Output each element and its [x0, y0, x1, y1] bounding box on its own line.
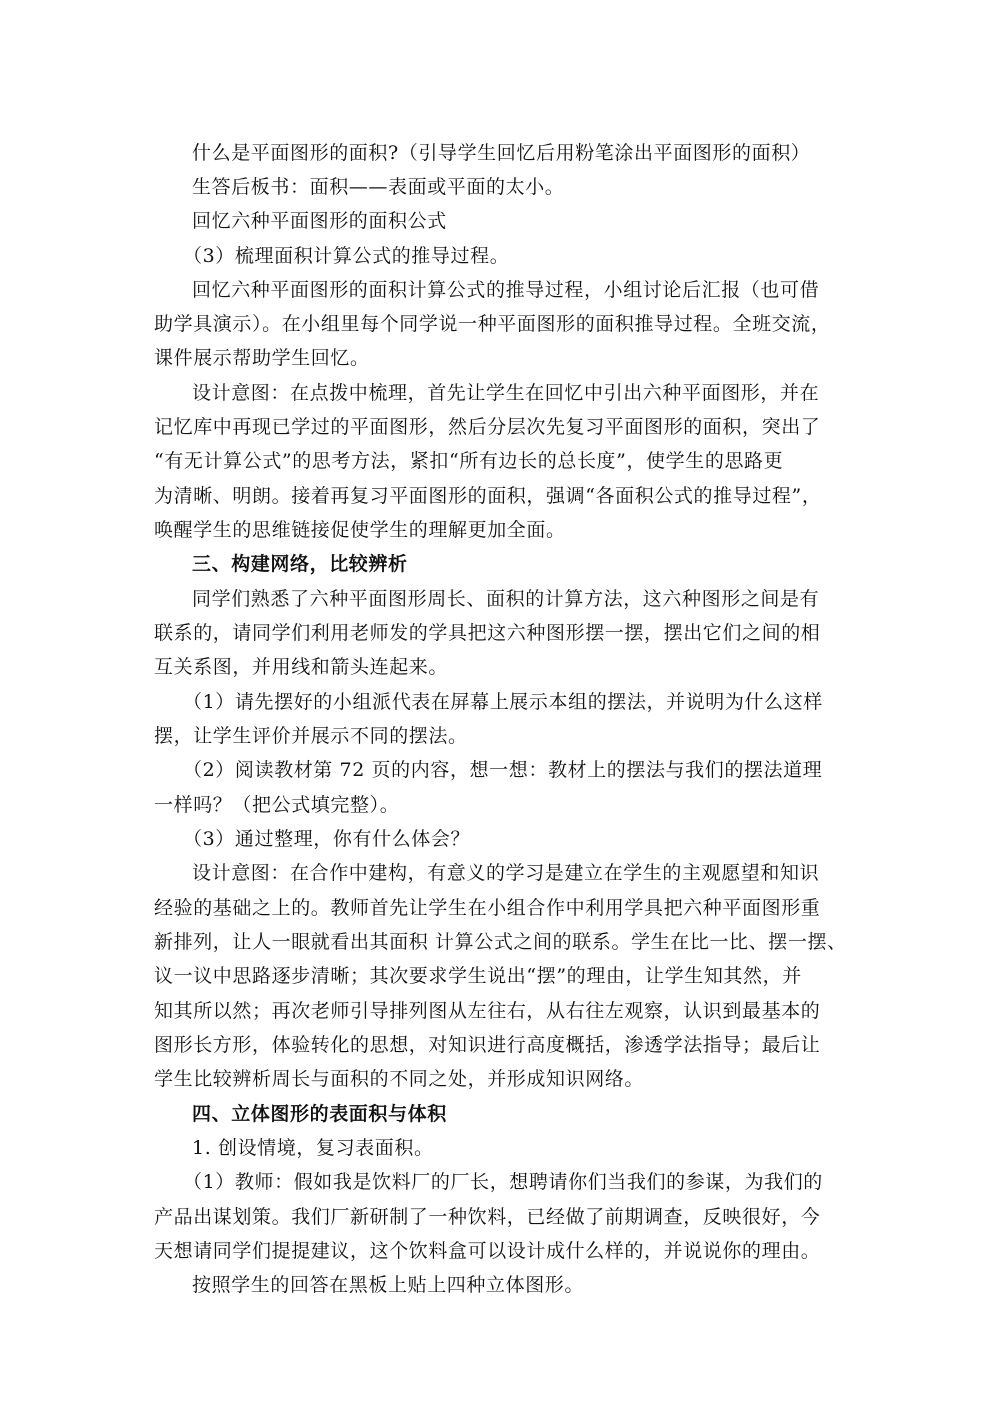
text-line: 同学们熟悉了六种平面图形周长、面积的计算方法，这六种图形之间是有 [192, 584, 819, 614]
text-line: 联系的，请同学们利用老师发的学具把这六种图形摆一摆，摆出它们之间的相 [154, 618, 820, 648]
text-line: 一样吗？（把公式填完整）。 [154, 790, 399, 820]
text-line: 设计意图：在合作中建构，有意义的学习是建立在学生的主观愿望和知识 [192, 858, 819, 888]
text-line: 议一议中思路逐步清晰；其次要求学生说出“摆”的理由，让学生知其然，并 [154, 961, 802, 991]
text-line: 课件展示帮助学生回忆。 [154, 343, 370, 373]
section-heading: 三、构建网络，比较辨析 [192, 549, 408, 579]
text-line: 助学具演示）。在小组里每个同学说一种平面图形的面积推导过程。全班交流， [154, 309, 831, 339]
text-line: 经验的基础之上的。教师首先让学生在小组合作中利用学具把六种平面图形重 [154, 893, 820, 923]
document-page: 什么是平面图形的面积?（引导学生回忆后用粉笔涂出平面图形的面积）生答后板书：面积… [0, 0, 1000, 1415]
text-line: “有无计算公式”的思考方法，紧扣“所有边长的总长度”，使学生的思路更 [154, 446, 783, 476]
text-line: （3）梳理面积计算公式的推导过程。 [183, 241, 509, 271]
text-line: 摆，让学生评价并展示不同的摆法。 [154, 721, 468, 751]
section-heading: 四、立体图形的表面积与体积 [192, 1099, 447, 1129]
text-line: 知其所以然；再次老师引导排列图从左往右，从右往左观察，认识到最基本的 [154, 996, 820, 1026]
text-line: 学生比较辨析周长与面积的不同之处，并形成知识网络。 [154, 1064, 644, 1094]
text-line: （1）请先摆好的小组派代表在屏幕上展示本组的摆法，并说明为什么这样 [183, 687, 823, 717]
text-line: 为清晰、明朗。接着再复习平面图形的面积，强调“各面积公式的推导过程”， [154, 481, 821, 511]
text-line: 新排列，让人一眼就看出其面积 计算公式之间的联系。学生在比一比、摆一摆、 [154, 927, 847, 957]
text-line: 生答后板书：面积——表面或平面的太小。 [192, 172, 564, 202]
text-line: 回忆六种平面图形的面积计算公式的推导过程，小组讨论后汇报（也可借 [192, 275, 819, 305]
text-line: （2）阅读教材第 72 页的内容，想一想：教材上的摆法与我们的摆法道理 [183, 755, 822, 785]
text-line: （3）通过整理，你有什么体会？ [183, 824, 470, 854]
text-line: 唤醒学生的思维链接促使学生的理解更加全面。 [154, 515, 566, 545]
text-line: 互关系图，并用线和箭头连起来。 [154, 652, 448, 682]
text-line: 天想请同学们提提建议，这个饮料盒可以设计成什么样的，并说说你的理由。 [154, 1236, 820, 1266]
text-line: （1）教师：假如我是饮料厂的厂长，想聘请你们当我们的参谋，为我们的 [183, 1167, 823, 1197]
text-line: 设计意图：在点拨中梳理，首先让学生在回忆中引出六种平面图形，并在 [192, 378, 819, 408]
text-line: 图形长方形，体验转化的思想，对知识进行高度概括，渗透学法指导；最后让 [154, 1030, 820, 1060]
text-line: 回忆六种平面图形的面积公式 [192, 206, 447, 236]
text-line: 记忆库中再现已学过的平面图形，然后分层次先复习平面图形的面积，突出了 [154, 412, 820, 442]
text-line: 产品出谋划策。我们厂新研制了一种饮料，已经做了前期调查，反映很好，今 [154, 1202, 820, 1232]
text-line: 按照学生的回答在黑板上贴上四种立体图形。 [192, 1270, 584, 1300]
text-line: 什么是平面图形的面积?（引导学生回忆后用粉笔涂出平面图形的面积） [192, 138, 810, 168]
text-line: 1. 创设情境，复习表面积。 [192, 1133, 434, 1163]
